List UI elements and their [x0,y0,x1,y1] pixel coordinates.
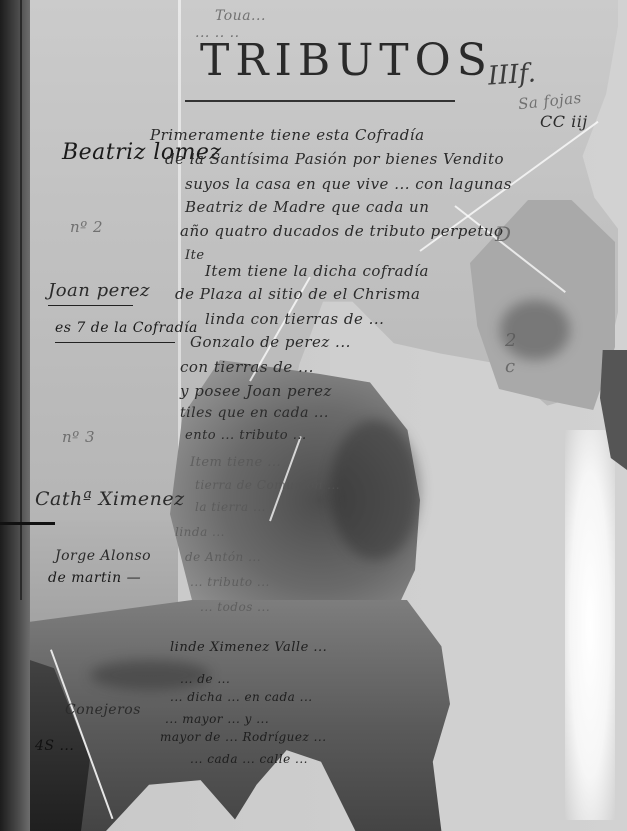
vertical-fold-crease [178,0,181,500]
flap-mark: c [505,356,516,377]
margin-name-jorge-alonso: Jorge Alonso [55,548,151,564]
top-scribble: Toua... [215,8,266,24]
body-line: ento ... tributo ... [185,428,307,443]
body-line: con tierras de ... [180,358,314,376]
body-line: linde Ximenez Valle ... [170,640,327,655]
body-line: mayor de ... Rodríguez ... [160,730,327,744]
book-spine [0,0,30,831]
body-line: ... tributo ... [190,575,270,589]
body-line: ... todos ... [200,600,270,614]
body-line: Primeramente tiene esta Cofradía [150,126,425,144]
page-title: TRIBUTOS [200,35,493,86]
body-line: Item tiene ... [190,455,281,470]
margin-name-cathalina: Cathª Ximenez [35,488,185,510]
margin-number-3: nº 3 [62,428,95,446]
ink-mark [0,522,55,525]
margin-name-conejeros: Conejeros [65,702,141,718]
body-line: Item tiene la dicha cofradía [205,262,429,280]
spine-edge [20,0,22,600]
light-glare [565,430,615,820]
body-line: Beatriz de Madre que cada un [185,198,429,216]
title-underline [185,100,455,102]
body-line: Ite [185,248,205,263]
body-line: de Antón ... [185,550,261,564]
title-side-note: IIIf. [487,58,537,91]
body-line: linda ... [175,525,225,539]
body-line: de la Santísima Pasión por bienes Vendit… [165,150,504,168]
folio-number: CC iij [540,112,588,131]
body-line: ... dicha ... en cada ... [170,690,313,704]
margin-underline [55,342,175,343]
body-line: año quatro ducados de tributo perpetuo [180,222,504,240]
bottom-left-mark: 4S ... [35,738,74,754]
body-line: suyos la casa en que vive ... con laguna… [185,175,512,193]
body-line: la tierra ... [195,500,266,514]
body-line: de Plaza al sitio de el Chrisma [175,285,420,303]
body-line: ... de ... [180,672,230,686]
flap-mark: D [495,222,512,246]
margin-name-joan-perez: Joan perez [48,280,150,301]
margin-note-cofradia: es 7 de la Cofradía [55,320,198,336]
body-line: ... mayor ... y ... [165,712,269,726]
margin-underline [48,305,133,306]
body-line: y posee Joan perez [180,382,332,400]
manuscript-photo: Toua... ... .. .. TRIBUTOS IIIf. Sa foja… [0,0,627,831]
body-line: linda con tierras de ... [205,310,384,328]
body-line: Gonzalo de perez ... [190,333,351,351]
body-line: ... cada ... calle ... [190,752,308,766]
body-line: tiles que en cada ... [180,405,329,421]
margin-name-martin: de martin — [48,570,141,586]
water-stain [330,420,420,560]
flap-mark: 2 [505,330,517,351]
margin-number-2: nº 2 [70,218,103,236]
body-line: tierra de Comunión ... [195,478,340,492]
